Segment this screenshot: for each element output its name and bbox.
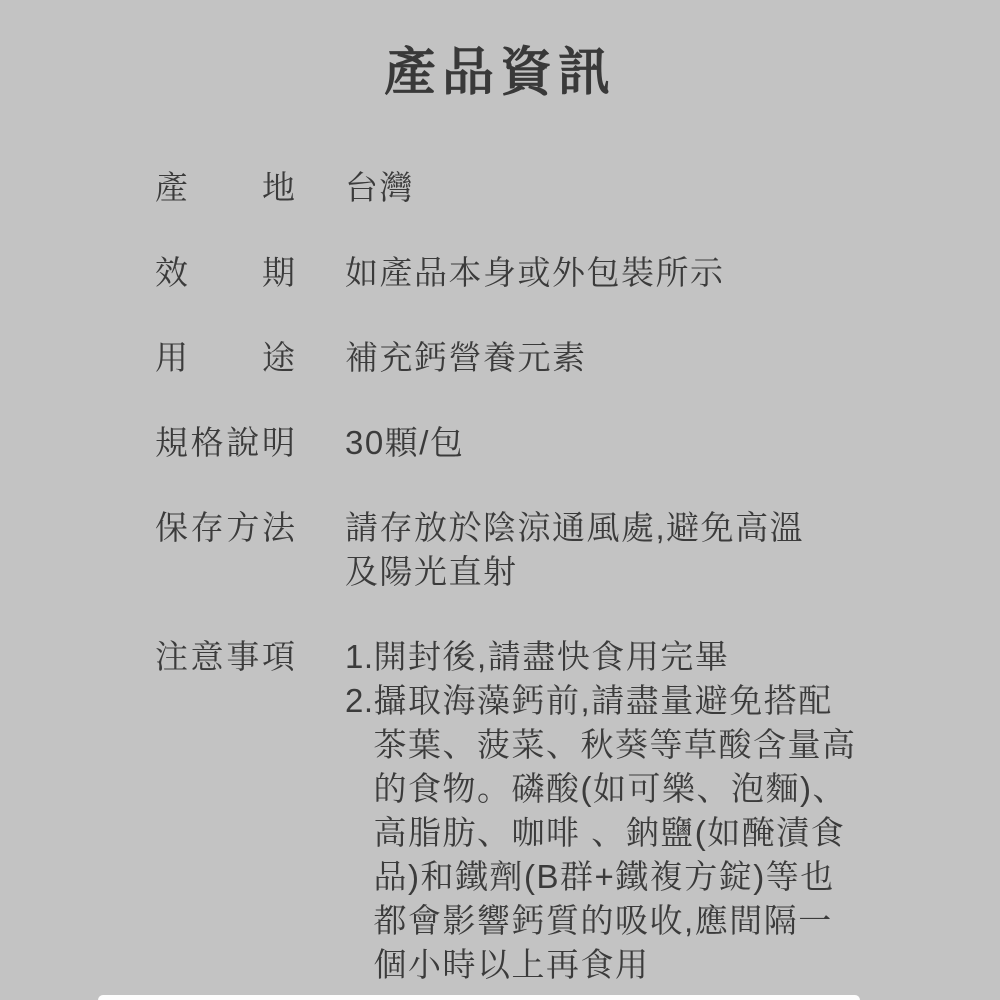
info-row-expiry: 效期 如產品本身或外包裝所示 <box>155 251 1000 295</box>
storage-value: 請存放於陰涼通風處,避免高溫 及陽光直射 <box>345 506 804 594</box>
info-row-usage: 用途 補充鈣營養元素 <box>155 336 1000 380</box>
note-1-number: 1. <box>345 635 374 679</box>
spec-label: 規格說明 <box>155 421 295 465</box>
info-row-storage: 保存方法 請存放於陰涼通風處,避免高溫 及陽光直射 <box>155 506 1000 594</box>
note-item-2: 2. 攝取海藻鈣前,請盡量避免搭配 茶葉、菠菜、秋葵等草酸含量高 的食物。磷酸(… <box>345 679 857 987</box>
usage-label: 用途 <box>155 336 295 380</box>
origin-value: 台灣 <box>345 166 414 210</box>
notes-label: 注意事項 <box>155 635 295 679</box>
note-item-1: 1. 開封後,請盡快食用完畢 <box>345 635 857 679</box>
spec-value: 30顆/包 <box>345 421 464 465</box>
expiry-label: 效期 <box>155 251 295 295</box>
info-row-origin: 產地 台灣 <box>155 166 1000 210</box>
info-row-notes: 注意事項 1. 開封後,請盡快食用完畢 2. 攝取海藻鈣前,請盡量避免搭配 茶葉… <box>155 635 1000 987</box>
usage-value: 補充鈣營養元素 <box>345 336 587 380</box>
note-1-text: 開封後,請盡快食用完畢 <box>374 635 730 679</box>
page-title: 產品資訊 <box>0 42 1000 104</box>
notes-list: 1. 開封後,請盡快食用完畢 2. 攝取海藻鈣前,請盡量避免搭配 茶葉、菠菜、秋… <box>345 635 857 987</box>
info-table: 產地 台灣 效期 如產品本身或外包裝所示 用途 補充鈣營養元素 規格說明 30顆… <box>155 166 1000 987</box>
storage-label: 保存方法 <box>155 506 295 550</box>
note-2-number: 2. <box>345 679 374 723</box>
expiry-value: 如產品本身或外包裝所示 <box>345 251 725 295</box>
info-row-spec: 規格說明 30顆/包 <box>155 421 1000 465</box>
next-section-card-top <box>98 995 860 1000</box>
origin-label: 產地 <box>155 166 295 210</box>
product-info-section: 產品資訊 產地 台灣 效期 如產品本身或外包裝所示 用途 補充鈣營養元素 規格說… <box>0 42 1000 987</box>
note-2-text: 攝取海藻鈣前,請盡量避免搭配 茶葉、菠菜、秋葵等草酸含量高 的食物。磷酸(如可樂… <box>374 679 857 987</box>
